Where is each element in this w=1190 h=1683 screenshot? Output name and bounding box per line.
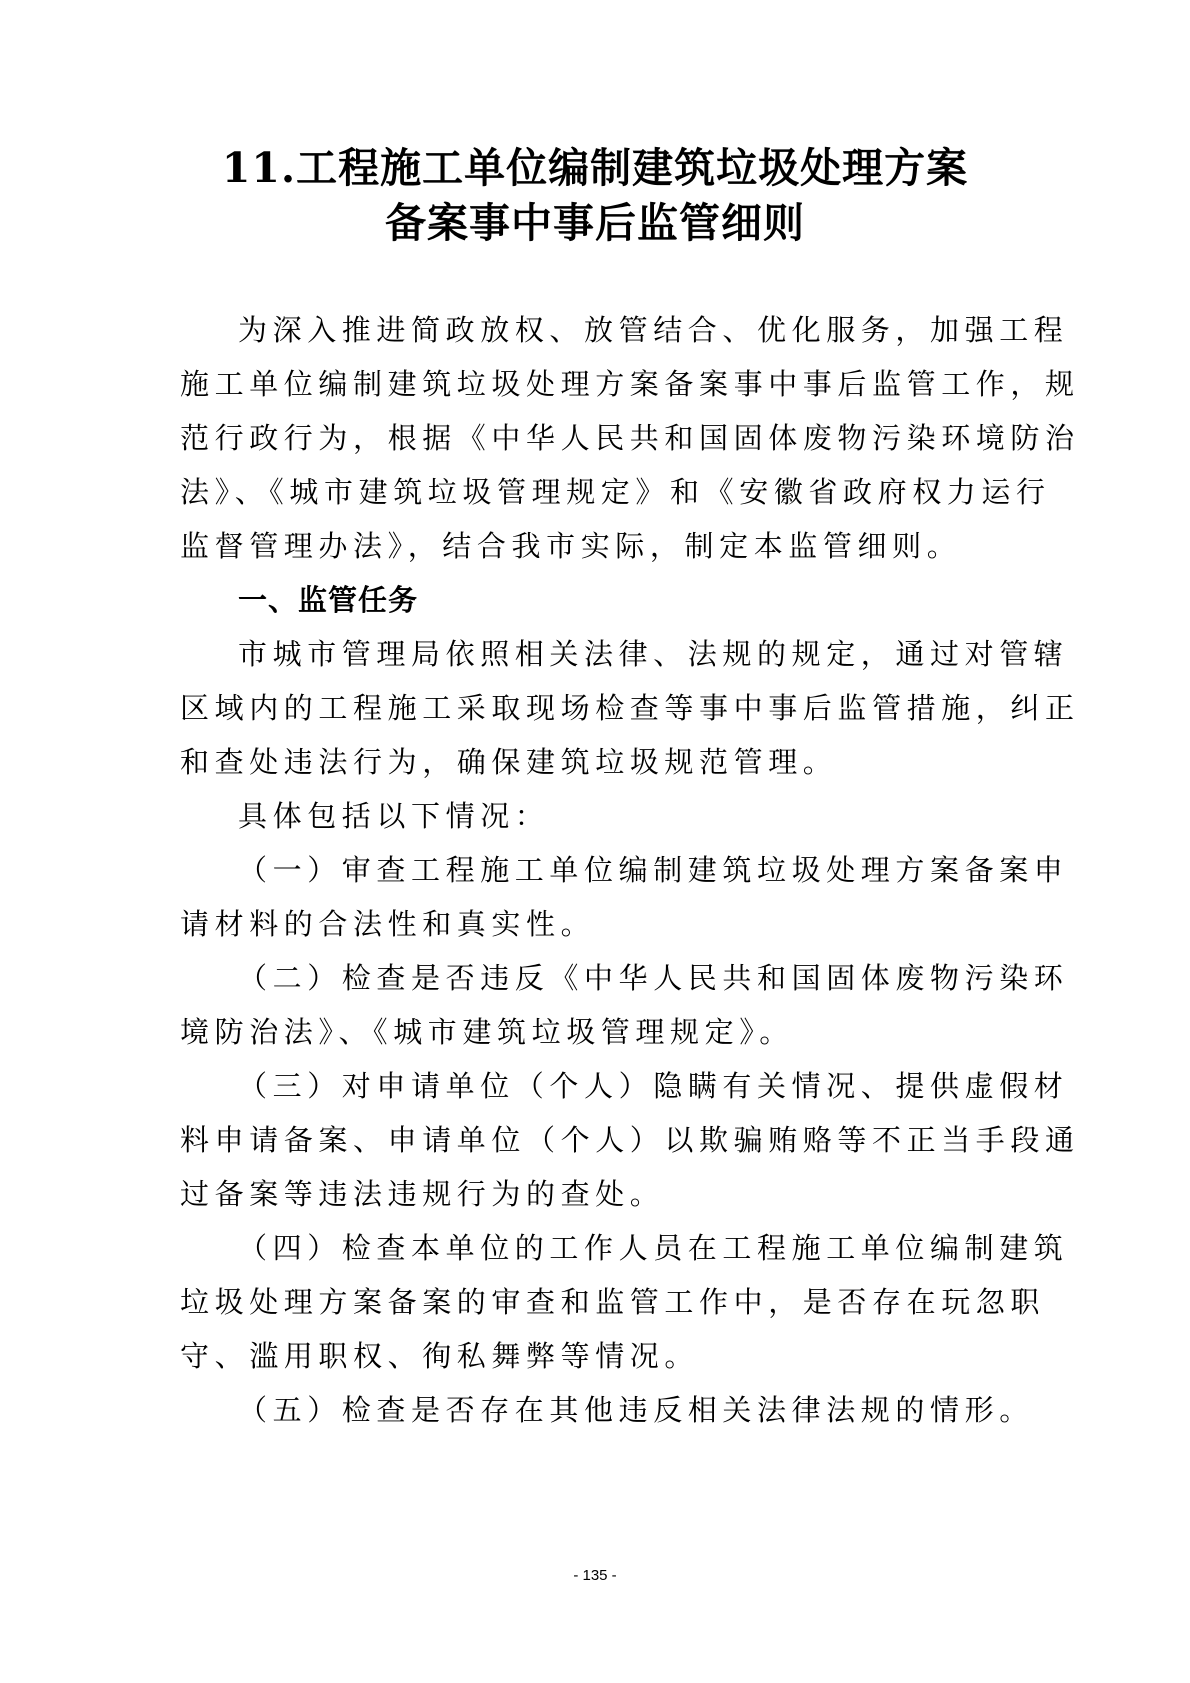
section-paragraph-line-3: 和查处违法行为，确保建筑垃圾规范管理。 xyxy=(180,742,1020,782)
section-paragraph-line-2: 区域内的工程施工采取现场检查等事中事后监管措施，纠正 xyxy=(180,688,1020,728)
intro-line-2: 施工单位编制建筑垃圾处理方案备案事中事后监管工作，规 xyxy=(180,364,1020,404)
document-title-line-2: 备案事中事后监管细则 xyxy=(0,195,1190,251)
list-item-4-line-3: 守、滥用职权、徇私舞弊等情况。 xyxy=(180,1336,1020,1376)
list-item-4-line-1: （四）检查本单位的工作人员在工程施工单位编制建筑 xyxy=(238,1228,1020,1268)
section-paragraph-line-1: 市城市管理局依照相关法律、法规的规定，通过对管辖 xyxy=(238,634,1020,674)
list-item-2-line-1: （二）检查是否违反《中华人民共和国固体废物污染环 xyxy=(238,958,1020,998)
list-item-5-line-1: （五）检查是否存在其他违反相关法律法规的情形。 xyxy=(238,1390,1020,1430)
section-heading-supervision-tasks: 一、监管任务 xyxy=(238,580,418,620)
intro-line-1: 为深入推进简政放权、放管结合、优化服务，加强工程 xyxy=(238,310,1020,350)
document-page: 11.工程施工单位编制建筑垃圾处理方案 备案事中事后监管细则 为深入推进简政放权… xyxy=(0,0,1190,1683)
document-title-line-1: 11.工程施工单位编制建筑垃圾处理方案 xyxy=(0,140,1190,196)
list-item-3-line-2: 料申请备案、申请单位（个人）以欺骗贿赂等不正当手段通 xyxy=(180,1120,1020,1160)
list-item-4-line-2: 垃圾处理方案备案的审查和监管工作中，是否存在玩忽职 xyxy=(180,1282,1020,1322)
list-item-1-line-1: （一）审查工程施工单位编制建筑垃圾处理方案备案申 xyxy=(238,850,1020,890)
intro-line-4: 法》、《城市建筑垃圾管理规定》和《安徽省政府权力运行 xyxy=(180,472,1020,512)
lead-in-text: 具体包括以下情况： xyxy=(238,796,1020,836)
list-item-1-line-2: 请材料的合法性和真实性。 xyxy=(180,904,1020,944)
intro-line-3: 范行政行为，根据《中华人民共和国固体废物污染环境防治 xyxy=(180,418,1020,458)
page-number: - 135 - xyxy=(0,1566,1190,1586)
list-item-3-line-1: （三）对申请单位（个人）隐瞒有关情况、提供虚假材 xyxy=(238,1066,1020,1106)
intro-line-5: 监督管理办法》，结合我市实际，制定本监管细则。 xyxy=(180,526,1020,566)
list-item-3-line-3: 过备案等违法违规行为的查处。 xyxy=(180,1174,1020,1214)
list-item-2-line-2: 境防治法》、《城市建筑垃圾管理规定》。 xyxy=(180,1012,1020,1052)
